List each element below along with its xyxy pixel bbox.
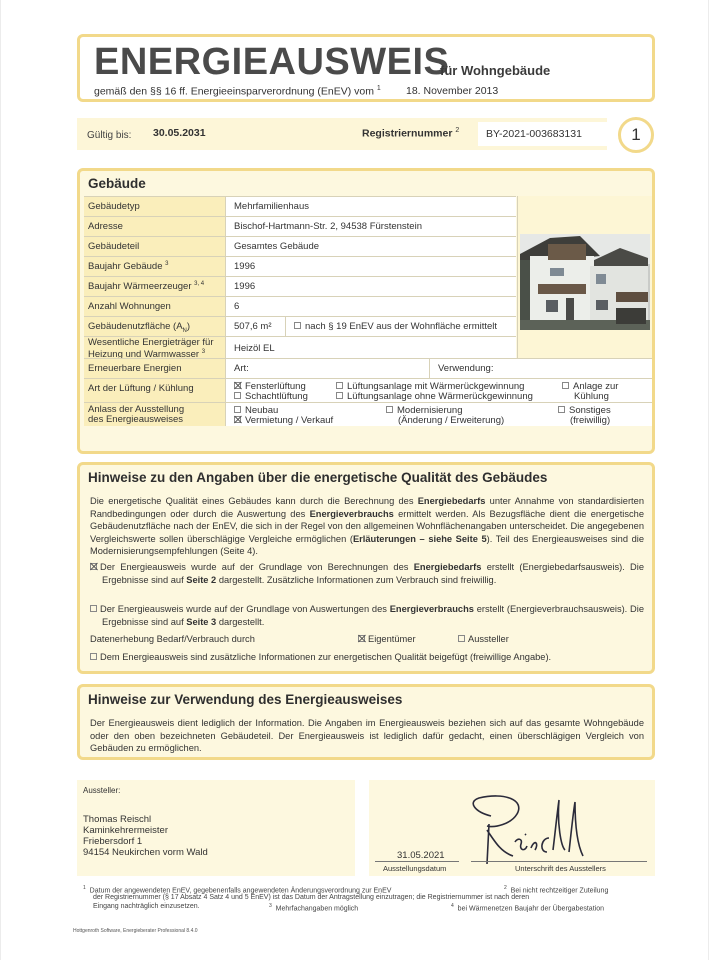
checkbox-icon xyxy=(558,406,565,413)
quality-intro-text: Die energetische Qualität eines Gebäudes… xyxy=(90,495,644,558)
footnote-2-cont: der Registriernummer (§ 17 Absatz 4 Satz… xyxy=(93,893,529,902)
header-box: ENERGIEAUSWEIS für Wohngebäude gemäß den… xyxy=(77,34,655,102)
building-row-energy-carrier: Wesentliche Energieträger fürHeizung und… xyxy=(84,336,516,358)
quality-notes-section: Hinweise zu den Angaben über die energet… xyxy=(77,462,655,674)
ventilation-option-shaft[interactable]: Schachtlüftung xyxy=(234,391,308,402)
consumption-certificate-option[interactable]: Der Energieausweis wurde auf der Grundla… xyxy=(90,603,644,628)
building-row-address: Adresse Bischof-Hartmann-Str. 2, 94538 F… xyxy=(84,216,516,236)
validity-strip: Gültig bis: 30.05.2031 Registriernummer … xyxy=(77,118,607,150)
usage-notes-title: Hinweise zur Verwendung des Energieauswe… xyxy=(80,687,652,707)
owner-option[interactable]: Eigentümer xyxy=(358,633,416,646)
issue-date-caption: Ausstellungsdatum xyxy=(383,864,446,873)
building-row-reason: Anlass der Ausstellungdes Energieausweis… xyxy=(84,402,652,426)
building-row-units: Anzahl Wohnungen 6 xyxy=(84,296,516,316)
registration-number: BY-2021-003683131 xyxy=(478,122,610,146)
footnote-3: 3 Mehrfachangaben möglich xyxy=(269,902,358,913)
demand-certificate-option[interactable]: Der Energieausweis wurde auf der Grundla… xyxy=(90,561,644,586)
data-collection-row: Datenerhebung Bedarf/Verbrauch durch Eig… xyxy=(90,633,644,646)
checked-checkbox-icon xyxy=(90,563,97,570)
building-row-type: Gebäudetyp Mehrfamilienhaus xyxy=(84,196,516,216)
issue-date: 31.05.2021 xyxy=(397,850,445,861)
valid-until-value: 30.05.2031 xyxy=(153,127,206,139)
energy-certificate-page: ENERGIEAUSWEIS für Wohngebäude gemäß den… xyxy=(0,0,709,960)
checked-checkbox-icon xyxy=(234,382,241,389)
document-title: ENERGIEAUSWEIS xyxy=(94,41,449,84)
building-photo xyxy=(520,234,650,330)
checkbox-icon xyxy=(90,605,97,612)
signature-line xyxy=(471,861,647,862)
signature-image xyxy=(465,794,585,864)
legal-basis: gemäß den §§ 16 ff. Energieeinsparverord… xyxy=(94,85,381,98)
building-section-title: Gebäude xyxy=(80,171,652,191)
issuer-label: Aussteller: xyxy=(83,786,120,795)
building-row-area: Gebäudenutzfläche (AN) 507,6 m² nach § 1… xyxy=(84,316,516,336)
checkbox-icon xyxy=(386,406,393,413)
building-photo-area xyxy=(517,196,652,358)
issuer-option[interactable]: Aussteller xyxy=(458,633,509,646)
building-row-ventilation: Art der Lüftung / Kühlung Fensterlüftung… xyxy=(84,378,652,402)
building-row-heater-year: Baujahr Wärmeerzeuger 3, 4 1996 xyxy=(84,276,516,296)
reason-option-rental-sale[interactable]: Vermietung / Verkauf xyxy=(234,415,333,426)
valid-until-label: Gültig bis: xyxy=(87,130,131,141)
checkbox-icon xyxy=(234,392,241,399)
building-row-renewables: Erneuerbare Energien Art: Verwendung: xyxy=(84,358,652,378)
issuer-box: Aussteller: Thomas Reischl Kaminkehrerme… xyxy=(77,780,355,876)
checkbox-icon xyxy=(336,392,343,399)
quality-notes-title: Hinweise zu den Angaben über die energet… xyxy=(80,465,652,485)
area-option: nach § 19 EnEV aus der Wohnfläche ermitt… xyxy=(286,317,516,336)
usage-notes-text: Der Energieausweis dient lediglich der I… xyxy=(90,717,644,755)
building-row-year: Baujahr Gebäude 3 1996 xyxy=(84,256,516,276)
usage-notes-section: Hinweise zur Verwendung des Energieauswe… xyxy=(77,684,655,760)
checkbox-icon xyxy=(234,406,241,413)
checkbox-icon xyxy=(336,382,343,389)
checkbox-icon xyxy=(458,635,465,642)
building-row-part: Gebäudeteil Gesamtes Gebäude xyxy=(84,236,516,256)
area-value: 507,6 m² xyxy=(226,317,286,336)
issuer-address: Thomas Reischl Kaminkehrermeister Friebe… xyxy=(83,814,208,858)
area-checkbox[interactable] xyxy=(294,322,301,329)
enev-date: 18. November 2013 xyxy=(406,85,498,97)
software-credit: Hottgenroth Software, Energieberater Pro… xyxy=(73,928,198,934)
document-subtitle: für Wohngebäude xyxy=(440,63,550,78)
checked-checkbox-icon xyxy=(234,416,241,423)
building-section: Gebäude Gebäudetyp Mehrfamilienhaus Adre… xyxy=(77,168,655,454)
ventilation-option-without-recovery[interactable]: Lüftungsanlage ohne Wärmerückgewinnung xyxy=(336,391,533,402)
signature-box: 31.05.2021 Ausstellungsdatum Unterschrif… xyxy=(369,780,655,876)
checked-checkbox-icon xyxy=(358,635,365,642)
checkbox-icon xyxy=(562,382,569,389)
footnote-4: 4 bei Wärmenetzen Baujahr der Übergabest… xyxy=(451,902,604,913)
footnote-2-end: Eingang nachträglich einzusetzen. xyxy=(93,902,200,911)
checkbox-icon xyxy=(90,653,97,660)
registration-label: Registriernummer 2 xyxy=(362,127,459,140)
issue-date-line xyxy=(375,861,459,862)
page-number-badge: 1 xyxy=(618,117,654,153)
additional-info-option[interactable]: Dem Energieausweis sind zusätzliche Info… xyxy=(90,651,644,664)
signature-caption: Unterschrift des Ausstellers xyxy=(515,864,606,873)
